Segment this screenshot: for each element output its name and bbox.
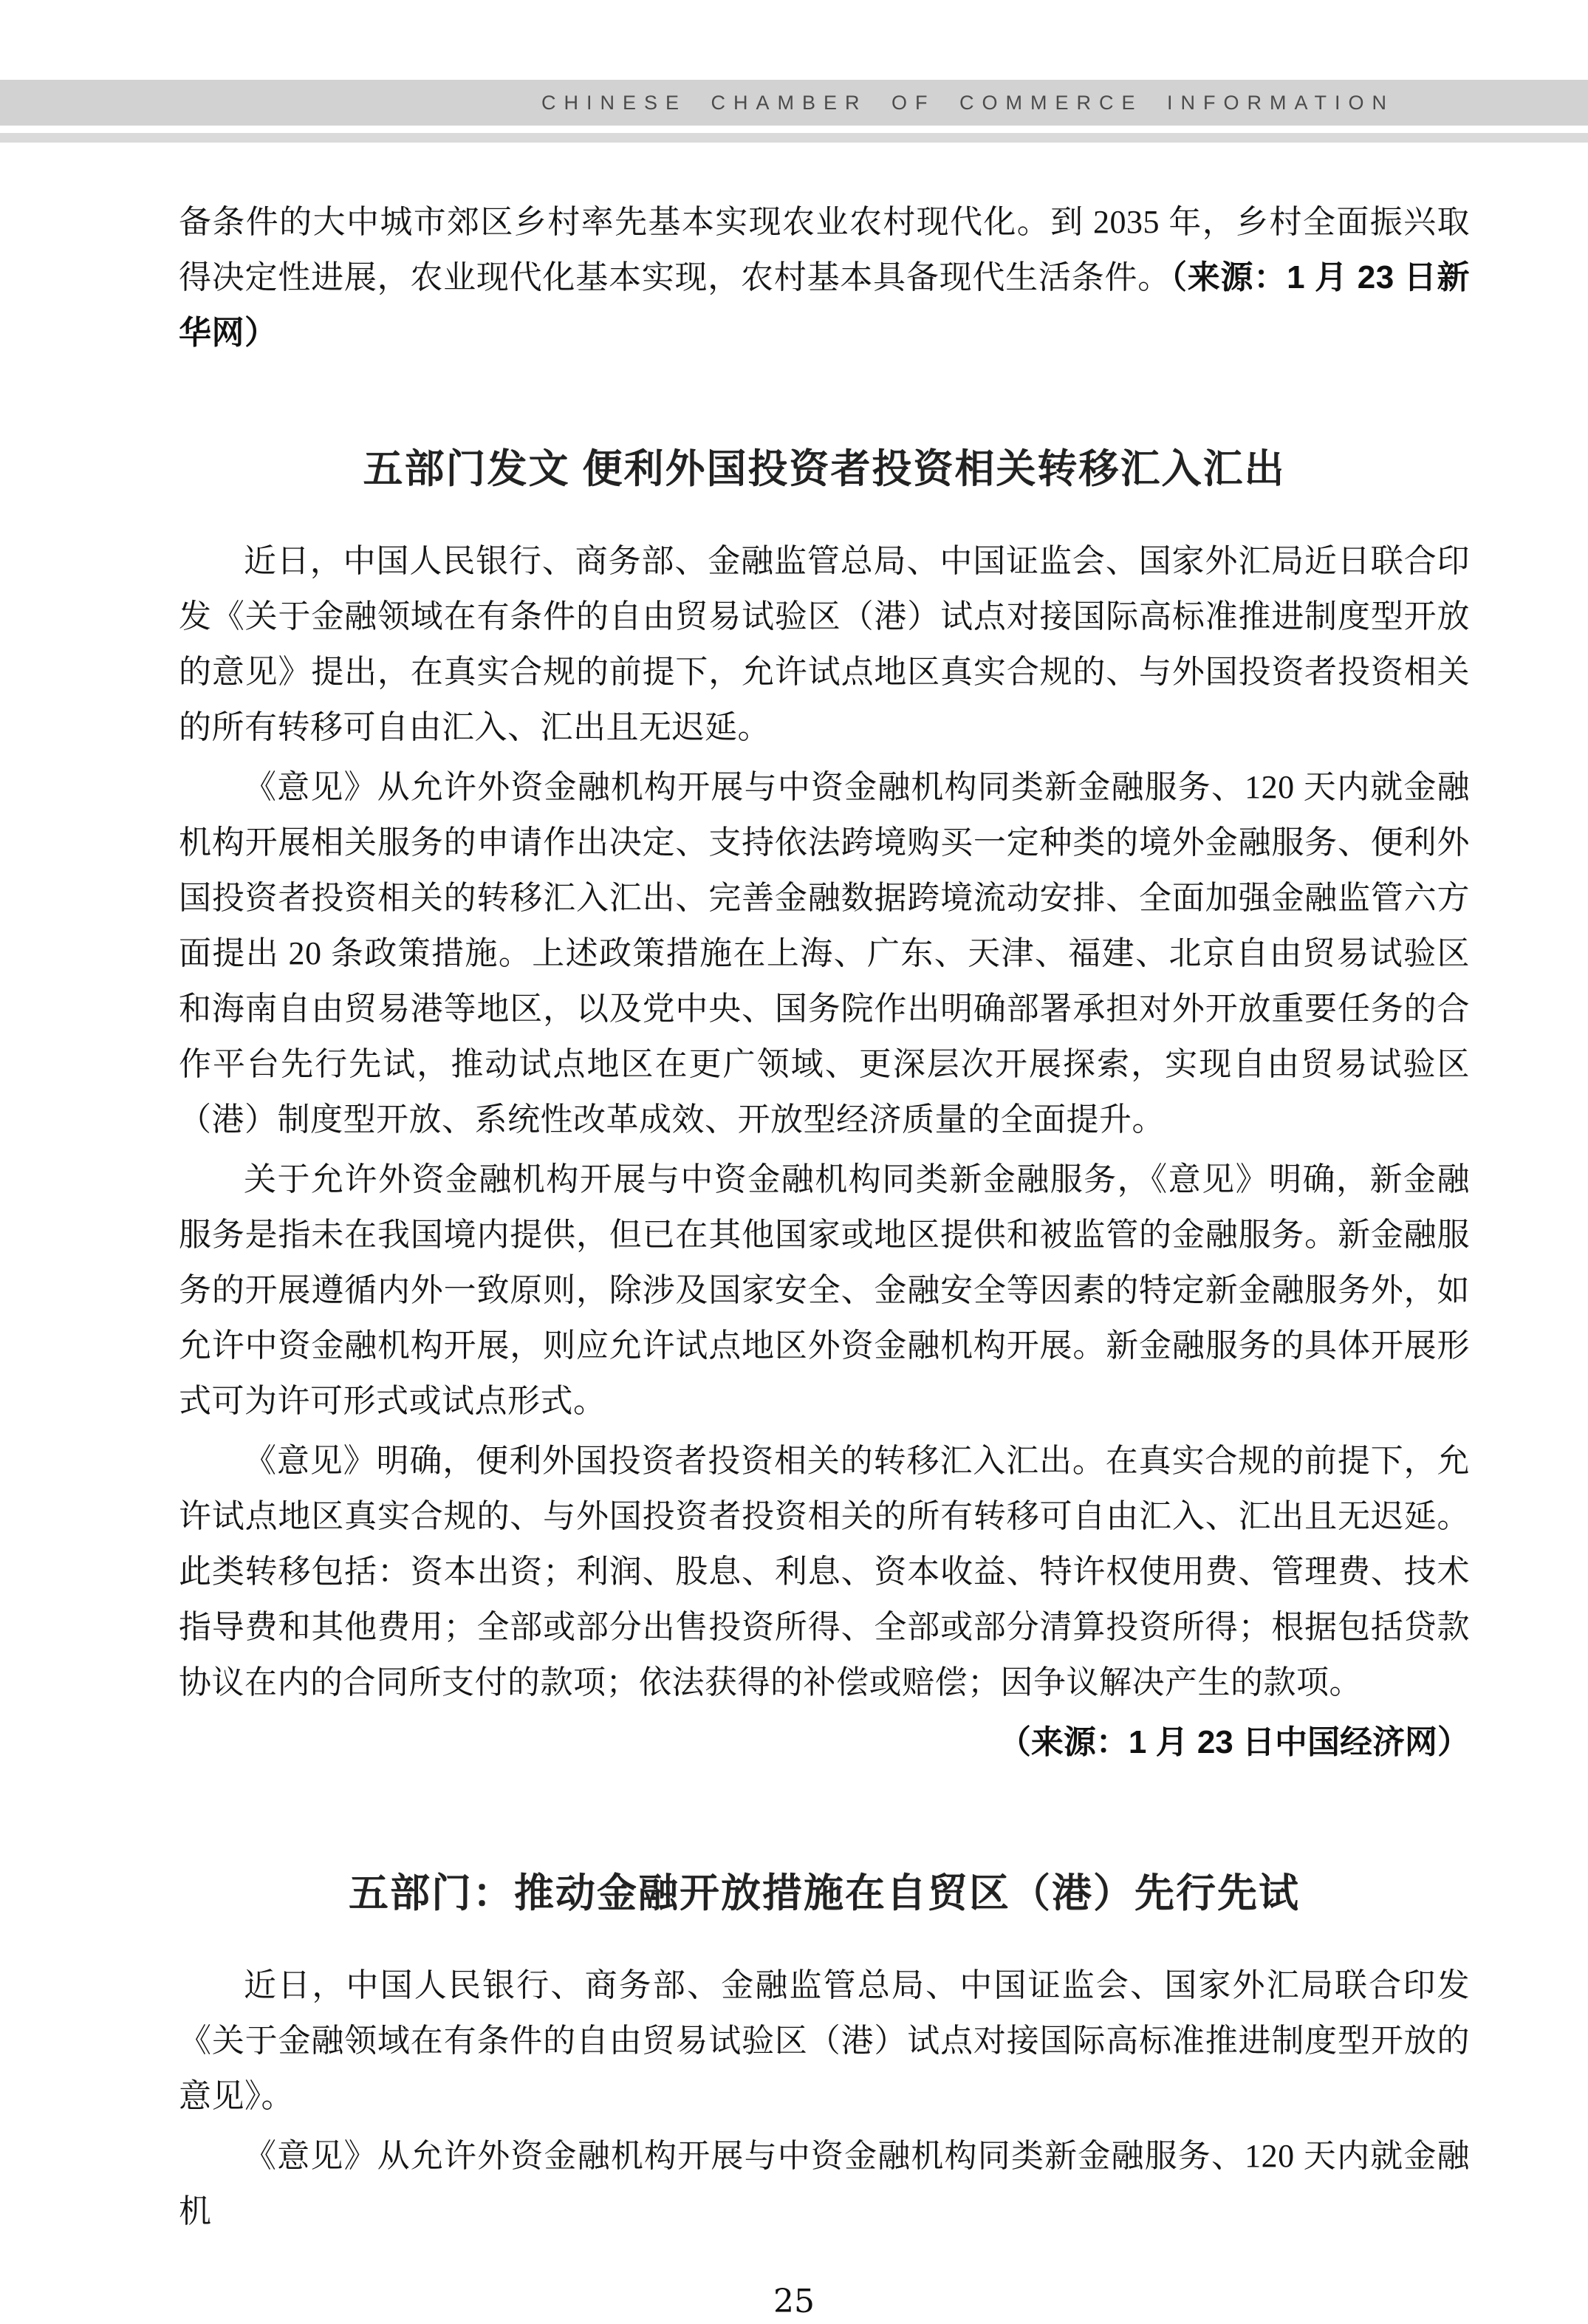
article1-paragraph-2: 《意见》从允许外资金融机构开展与中资金融机构同类新金融服务、120 天内就金融机… xyxy=(179,759,1470,1147)
page-footer: 25 xyxy=(0,2280,1588,2324)
document-content: 备条件的大中城市郊区乡村率先基本实现农业农村现代化。到 2035 年，乡村全面振… xyxy=(0,194,1588,2239)
header-band-thin xyxy=(0,133,1588,143)
article1-paragraph-3: 关于允许外资金融机构开展与中资金融机构同类新金融服务，《意见》明确，新金融服务是… xyxy=(179,1152,1470,1429)
header-band: CHINESE CHAMBER OF COMMERCE INFORMATION xyxy=(0,80,1588,126)
page-number: 25 xyxy=(0,2280,1588,2324)
article2-paragraph-1: 近日，中国人民银行、商务部、金融监管总局、中国证监会、国家外汇局联合印发《关于金… xyxy=(179,1958,1470,2124)
article2-paragraph-2: 《意见》从允许外资金融机构开展与中资金融机构同类新金融服务、120 天内就金融机 xyxy=(179,2128,1470,2239)
document-page: { "header": { "banner_text": "CHINESE CH… xyxy=(0,80,1588,2324)
article1-paragraph-4: 《意见》明确，便利外国投资者投资相关的转移汇入汇出。在真实合规的前提下，允许试点… xyxy=(179,1433,1470,1710)
intro-paragraph: 备条件的大中城市郊区乡村率先基本实现农业农村现代化。到 2035 年，乡村全面振… xyxy=(179,194,1470,360)
page-header: CHINESE CHAMBER OF COMMERCE INFORMATION xyxy=(0,80,1588,143)
article1-title: 五部门发文 便利外国投资者投资相关转移汇入汇出 xyxy=(179,438,1470,500)
article1-source-citation: （来源：1 月 23 日中国经济网） xyxy=(179,1715,1470,1770)
article1-paragraph-1: 近日，中国人民银行、商务部、金融监管总局、中国证监会、国家外汇局近日联合印发《关… xyxy=(179,533,1470,755)
header-banner-text: CHINESE CHAMBER OF COMMERCE INFORMATION xyxy=(541,92,1394,115)
article2-title: 五部门：推动金融开放措施在自贸区（港）先行先试 xyxy=(179,1862,1470,1924)
